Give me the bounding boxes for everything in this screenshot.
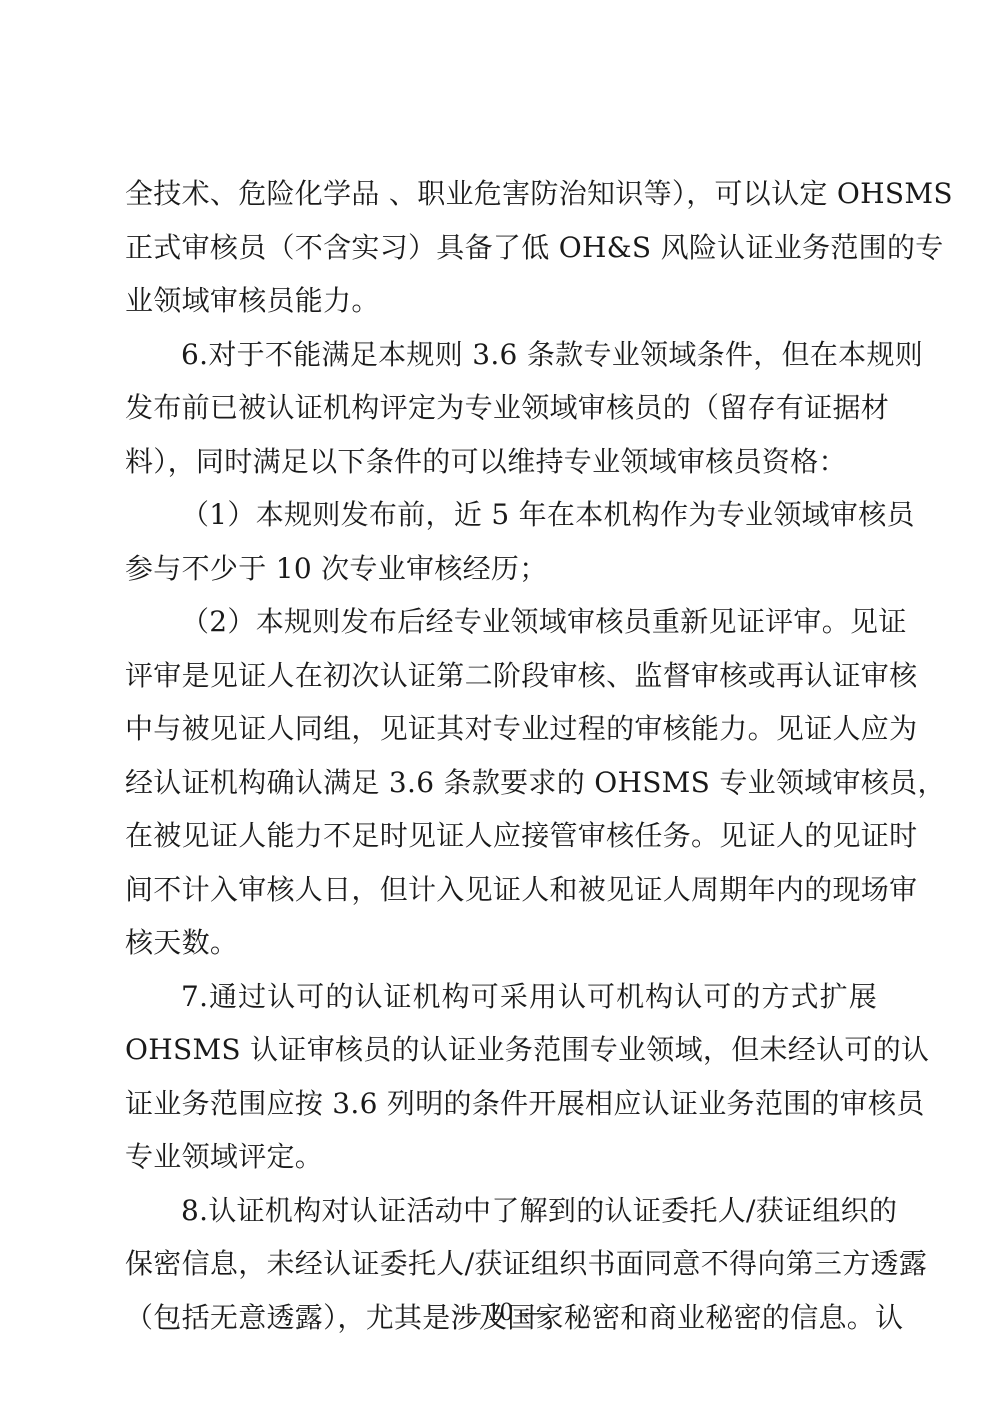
text-line: 评审是见证人在初次认证第二阶段审核、监督审核或再认证审核 [125, 652, 877, 706]
text-line: 专业领域评定。 [125, 1133, 877, 1187]
text-line: 间不计入审核人日，但计入见证人和被见证人周期年内的现场审 [125, 866, 877, 920]
text-line: 全技术、危险化学品 、职业危害防治知识等），可以认定 OHSMS [125, 170, 877, 224]
text-line: （1）本规则发布前，近 5 年在本机构作为专业领域审核员 [125, 491, 877, 545]
text-line: 7.通过认可的认证机构可采用认可机构认可的方式扩展 [125, 973, 877, 1027]
text-line: 核天数。 [125, 919, 877, 973]
text-line: 业领域审核员能力。 [125, 277, 877, 331]
text-line: 在被见证人能力不足时见证人应接管审核任务。见证人的见证时 [125, 812, 877, 866]
text-line: 料），同时满足以下条件的可以维持专业领域审核员资格： [125, 438, 877, 492]
text-line: 正式审核员（不含实习）具备了低 OH&S 风险认证业务范围的专 [125, 224, 877, 278]
text-line: 8.认证机构对认证活动中了解到的认证委托人/获证组织的 [125, 1187, 877, 1241]
text-line: 中与被见证人同组，见证其对专业过程的审核能力。见证人应为 [125, 705, 877, 759]
body-text: 全技术、危险化学品 、职业危害防治知识等），可以认定 OHSMS 正式审核员（不… [125, 170, 877, 1347]
text-line: 参与不少于 10 次专业审核经历； [125, 545, 877, 599]
text-line: 保密信息，未经认证委托人/获证组织书面同意不得向第三方透露 [125, 1240, 877, 1294]
text-line: 经认证机构确认满足 3.6 条款要求的 OHSMS 专业领域审核员， [125, 759, 877, 813]
page-number: — 10 — [0, 1292, 1000, 1332]
text-line: OHSMS 认证审核员的认证业务范围专业领域，但未经认可的认 [125, 1026, 877, 1080]
document-page: 全技术、危险化学品 、职业危害防治知识等），可以认定 OHSMS 正式审核员（不… [0, 0, 1000, 1414]
text-line: 发布前已被认证机构评定为专业领域审核员的（留存有证据材 [125, 384, 877, 438]
text-line: （2）本规则发布后经专业领域审核员重新见证评审。见证 [125, 598, 877, 652]
text-line: 6.对于不能满足本规则 3.6 条款专业领域条件，但在本规则 [125, 331, 877, 385]
text-line: 证业务范围应按 3.6 列明的条件开展相应认证业务范围的审核员 [125, 1080, 877, 1134]
